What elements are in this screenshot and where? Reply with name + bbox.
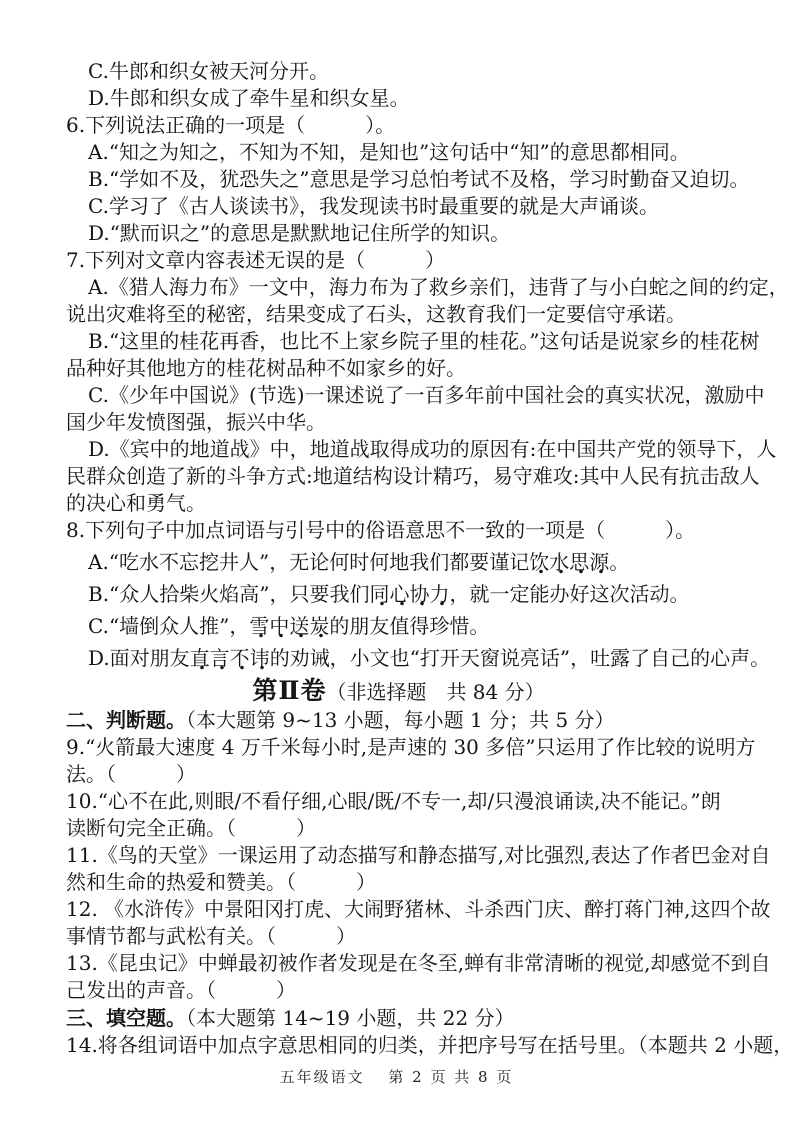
text-segment: 6.下列说法正确的一项是（ ）。 [66, 113, 395, 137]
text-line: 11.《鸟的天堂》一课运用了动态描写和静态描写,对比强烈,表达了作者巴金对自 [66, 842, 731, 869]
text-segment: A.《猎人海力布》一文中，海力布为了救乡亲们，违背了与小白蛇之间的约定， [88, 275, 789, 299]
text-line: A.“知之为知之，不知为不知，是知也”这句话中“知”的意思都相同。 [66, 139, 731, 166]
text-segment: 8.下列句子中加点词语与引号中的俗语意思不一致的一项是（ ）。 [66, 518, 695, 542]
text-segment: 国少年发愤图强，振兴中华。 [66, 410, 326, 434]
text-segment: B.“这里的桂花再香，也比不上家乡院子里的桂花。”这句话是说家乡的桂花树 [88, 329, 760, 353]
text-line: C.“墙倒众人推”，雪中送炭的朋友值得珍惜。 [66, 613, 731, 640]
text-line: B.“众人拾柴火焰高”，只要我们同心协力，就一定能办好这次活动。 [66, 581, 731, 608]
text-segment: C.牛郎和织女被天河分开。 [88, 59, 329, 83]
text-segment: 法。（ ） [66, 762, 196, 786]
text-segment: 10.“心不在此,则眼/不看仔细,心眼/既/不专一,却/只漫浪诵读,决不能记。”… [66, 789, 721, 813]
text-segment: 13.《昆虫记》中蝉最初被作者发现是在冬至,蝉有非常清晰的视觉,却感觉不到自 [66, 951, 771, 975]
text-segment: 的劝诫，小文也“打开天窗说亮话”，吐露了自己的心声。 [270, 646, 770, 670]
text-line: D.“默而识之”的意思是默默地记住所学的知识。 [66, 220, 731, 247]
text-segment: B.“众人拾柴火焰高”，只要我们 [88, 582, 370, 606]
text-line: 事情节都与武松有关。（ ） [66, 923, 731, 950]
text-line: 国少年发愤图强，振兴中华。 [66, 409, 731, 436]
text-line: C.学习了《古人谈读书》，我发现读书时最重要的就是大声诵谈。 [66, 193, 731, 220]
text-segment: 12. 《水浒传》中景阳冈打虎、大闹野猪林、斗杀西门庆、醉打蒋门神,这四个故 [66, 897, 771, 921]
text-segment: A.“吃水不忘挖井人”，无论何时何地我们都要谨记 [88, 550, 529, 574]
text-segment: ，就一定能办好这次活动。 [450, 582, 690, 606]
text-line: D.面对朋友直言不讳的劝诫，小文也“打开天窗说亮话”，吐露了自己的心声。 [66, 645, 731, 672]
text-line: B.“这里的桂花再香，也比不上家乡院子里的桂花。”这句话是说家乡的桂花树 [66, 328, 731, 355]
text-segment: 读断句完全正确。（ ） [66, 816, 316, 840]
emphasized-text: 直言不讳 [190, 646, 270, 670]
text-segment: D.“默而识之”的意思是默默地记住所学的知识。 [88, 221, 510, 245]
text-line: D.《宾中的地道战》中，地道战取得成功的原因有:在中国共产党的领导下，人 [66, 436, 731, 463]
text-line: 8.下列句子中加点词语与引号中的俗语意思不一致的一项是（ ）。 [66, 517, 731, 544]
text-line: C.牛郎和织女被天河分开。 [66, 58, 731, 85]
text-line: 10.“心不在此,则眼/不看仔细,心眼/既/不专一,却/只漫浪诵读,决不能记。”… [66, 788, 731, 815]
text-line: A.“吃水不忘挖井人”，无论何时何地我们都要谨记饮水思源。 [66, 549, 731, 576]
text-segment: 7.下列对文章内容表述无误的是（ ） [66, 248, 445, 272]
text-line: 7.下列对文章内容表述无误的是（ ） [66, 247, 731, 274]
text-line: 第Ⅱ卷（非选择题 共 84 分） [66, 675, 731, 706]
text-segment: 二、判断题。 [66, 708, 186, 732]
text-segment: 己发出的声音。（ ） [66, 978, 296, 1002]
text-line: 说出灾难将至的秘密，结果变成了石头，这教育我们一定要信守承诺。 [66, 301, 731, 328]
text-line: 三、填空题。（本大题第 14~19 小题，共 22 分） [66, 1005, 731, 1032]
text-segment: B.“学如不及，犹恐失之”意思是学习总怕考试不及格，学习时勤奋又迫切。 [88, 167, 750, 191]
text-segment: 然和生命的热爱和赞美。（ ） [66, 870, 376, 894]
text-line: 的决心和勇气。 [66, 490, 731, 517]
text-line: 二、判断题。（本大题第 9~13 小题，每小题 1 分；共 5 分） [66, 707, 731, 734]
text-segment: 的决心和勇气。 [66, 491, 206, 515]
text-line: 12. 《水浒传》中景阳冈打虎、大闹野猪林、斗杀西门庆、醉打蒋门神,这四个故 [66, 896, 731, 923]
text-line: 读断句完全正确。（ ） [66, 815, 731, 842]
text-segment: 事情节都与武松有关。（ ） [66, 924, 356, 948]
text-line: 6.下列说法正确的一项是（ ）。 [66, 112, 731, 139]
text-line: 14.将各组词语中加点字意思相同的归类，并把序号写在括号里。（本题共 2 小题， [66, 1032, 731, 1059]
text-segment: 第Ⅱ卷 [252, 676, 326, 705]
text-segment: D.牛郎和织女成了牵牛星和织女星。 [88, 86, 410, 110]
text-segment: A.“知之为知之，不知为不知，是知也”这句话中“知”的意思都相同。 [88, 140, 690, 164]
text-segment: 11.《鸟的天堂》一课运用了动态描写和静态描写,对比强烈,表达了作者巴金对自 [66, 843, 771, 867]
text-segment: 。 [609, 550, 629, 574]
text-line: A.《猎人海力布》一文中，海力布为了救乡亲们，违背了与小白蛇之间的约定， [66, 274, 731, 301]
text-line: 品种好其他地方的桂花树品种不如家乡的好。 [66, 355, 731, 382]
text-segment: 民群众创造了新的斗争方式:地道结构设计精巧，易守难攻:其中人民有抗击敌人 [66, 464, 759, 488]
text-segment: D.《宾中的地道战》中，地道战取得成功的原因有:在中国共产党的领导下，人 [88, 437, 776, 461]
emphasized-text: 同心协力 [370, 582, 450, 606]
text-segment: 三、填空题。 [66, 1006, 186, 1030]
text-line: 然和生命的热爱和赞美。（ ） [66, 869, 731, 896]
text-segment: 品种好其他地方的桂花树品种不如家乡的好。 [66, 356, 466, 380]
text-segment: （本大题第 14~19 小题，共 22 分） [186, 1006, 515, 1030]
emphasized-text: 饮水思源 [529, 550, 609, 574]
document-body: C.牛郎和织女被天河分开。D.牛郎和织女成了牵牛星和织女星。6.下列说法正确的一… [66, 58, 731, 1059]
text-segment: D.面对朋友 [88, 646, 190, 670]
text-line: 己发出的声音。（ ） [66, 977, 731, 1004]
text-segment: C.《少年中国说》(节选)一课述说了一百多年前中国社会的真实状况，激励中 [88, 383, 765, 407]
text-line: D.牛郎和织女成了牵牛星和织女星。 [66, 85, 731, 112]
text-segment: 的朋友值得珍惜。 [329, 614, 489, 638]
text-segment: 说出灾难将至的秘密，结果变成了石头，这教育我们一定要信守承诺。 [66, 302, 686, 326]
text-segment: 9.“火箭最大速度 4 万千米每小时,是声速的 30 多倍”只运用了作比较的说明… [66, 735, 756, 759]
text-segment: 14.将各组词语中加点字意思相同的归类，并把序号写在括号里。（本题共 2 小题， [66, 1033, 793, 1057]
text-line: 13.《昆虫记》中蝉最初被作者发现是在冬至,蝉有非常清晰的视觉,却感觉不到自 [66, 950, 731, 977]
text-segment: （本大题第 9~13 小题，每小题 1 分；共 5 分） [186, 708, 615, 732]
emphasized-text: 雪中送炭 [249, 614, 329, 638]
text-line: C.《少年中国说》(节选)一课述说了一百多年前中国社会的真实状况，激励中 [66, 382, 731, 409]
exam-page: C.牛郎和织女被天河分开。D.牛郎和织女成了牵牛星和织女星。6.下列说法正确的一… [0, 0, 793, 1122]
text-line: 法。（ ） [66, 761, 731, 788]
page-footer-text: 五年级语文 第 2 页 共 8 页 [280, 1068, 514, 1086]
text-segment: C.“墙倒众人推”， [88, 614, 249, 638]
text-line: B.“学如不及，犹恐失之”意思是学习总怕考试不及格，学习时勤奋又迫切。 [66, 166, 731, 193]
text-segment: C.学习了《古人谈读书》，我发现读书时最重要的就是大声诵谈。 [88, 194, 659, 218]
page-footer: 五年级语文 第 2 页 共 8 页 [0, 1066, 793, 1087]
text-line: 民群众创造了新的斗争方式:地道结构设计精巧，易守难攻:其中人民有抗击敌人 [66, 463, 731, 490]
text-segment: （非选择题 共 84 分） [326, 680, 544, 704]
text-line: 9.“火箭最大速度 4 万千米每小时,是声速的 30 多倍”只运用了作比较的说明… [66, 734, 731, 761]
